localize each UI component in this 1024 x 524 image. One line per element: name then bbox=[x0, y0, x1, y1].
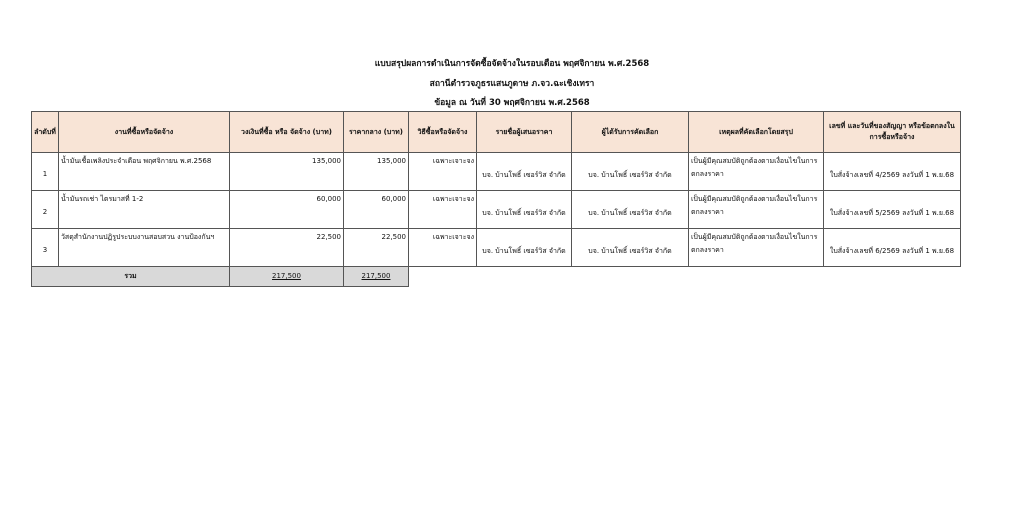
document-title: แบบสรุปผลการดำเนินการจัดซื้อจัดจ้างในรอบ… bbox=[0, 56, 1024, 70]
row-selected: บจ. บ้านโพธิ์ เซอร์วิส จำกัด bbox=[572, 191, 689, 229]
row-bidders: บจ. บ้านโพธิ์ เซอร์วิส จำกัด bbox=[477, 191, 572, 229]
row-method: เฉพาะเจาะจง bbox=[409, 153, 477, 191]
row-contract: ใบสั่งจ้างเลขที่ 5/2569 ลงวันที่ 1 พ.ย.6… bbox=[824, 191, 961, 229]
total-row: รวม 217,500 217,500 bbox=[32, 267, 961, 287]
row-reason: เป็นผู้มีคุณสมบัติถูกต้องตามเงื่อนไขในกา… bbox=[689, 191, 824, 229]
header-contract: เลขที่ และวันที่ของสัญญา หรือข้อตกลงในกา… bbox=[824, 112, 961, 153]
data-as-of-date: ข้อมูล ณ วันที่ 30 พฤศจิกายน พ.ศ.2568 bbox=[0, 95, 1024, 109]
row-bidders: บจ. บ้านโพธิ์ เซอร์วิส จำกัด bbox=[477, 229, 572, 267]
row-contract: ใบสั่งจ้างเลขที่ 6/2569 ลงวันที่ 1 พ.ย.6… bbox=[824, 229, 961, 267]
row-bidders: บจ. บ้านโพธิ์ เซอร์วิส จำกัด bbox=[477, 153, 572, 191]
total-blank bbox=[409, 267, 961, 287]
header-item: งานที่ซื้อหรือจัดจ้าง bbox=[59, 112, 230, 153]
total-median-price: 217,500 bbox=[344, 267, 409, 287]
total-label: รวม bbox=[32, 267, 230, 287]
total-budget: 217,500 bbox=[230, 267, 344, 287]
row-item: วัสดุสำนักงานปฏิรูประบบงานสอบสวน งานป้อง… bbox=[59, 229, 230, 267]
header-method: วิธีซื้อหรือจัดจ้าง bbox=[409, 112, 477, 153]
header-selected: ผู้ได้รับการคัดเลือก bbox=[572, 112, 689, 153]
header-reason: เหตุผลที่คัดเลือกโดยสรุป bbox=[689, 112, 824, 153]
table-row: 2น้ำมันรถเช่า ไตรมาสที่ 1-260,00060,000เ… bbox=[32, 191, 961, 229]
row-seq: 3 bbox=[32, 229, 59, 267]
row-seq: 1 bbox=[32, 153, 59, 191]
row-selected: บจ. บ้านโพธิ์ เซอร์วิส จำกัด bbox=[572, 153, 689, 191]
row-contract: ใบสั่งจ้างเลขที่ 4/2569 ลงวันที่ 1 พ.ย.6… bbox=[824, 153, 961, 191]
row-median-price: 135,000 bbox=[344, 153, 409, 191]
header-bidders: รายชื่อผู้เสนอราคา bbox=[477, 112, 572, 153]
station-name: สถานีตำรวจภูธรแสนภูดาษ ภ.จว.ฉะเชิงเทรา bbox=[0, 76, 1024, 90]
table-row: 1น้ำมันเชื้อเพลิงประจำเดือน พฤศจิกายน พ.… bbox=[32, 153, 961, 191]
row-budget: 135,000 bbox=[230, 153, 344, 191]
row-median-price: 60,000 bbox=[344, 191, 409, 229]
header-row: ลำดับที่ งานที่ซื้อหรือจัดจ้าง วงเงินที่… bbox=[32, 112, 961, 153]
row-reason: เป็นผู้มีคุณสมบัติถูกต้องตามเงื่อนไขในกา… bbox=[689, 153, 824, 191]
procurement-summary-table: ลำดับที่ งานที่ซื้อหรือจัดจ้าง วงเงินที่… bbox=[31, 111, 961, 287]
header-budget: วงเงินที่ซื้อ หรือ จัดจ้าง (บาท) bbox=[230, 112, 344, 153]
table-row: 3วัสดุสำนักงานปฏิรูประบบงานสอบสวน งานป้อ… bbox=[32, 229, 961, 267]
row-selected: บจ. บ้านโพธิ์ เซอร์วิส จำกัด bbox=[572, 229, 689, 267]
row-item: น้ำมันรถเช่า ไตรมาสที่ 1-2 bbox=[59, 191, 230, 229]
row-seq: 2 bbox=[32, 191, 59, 229]
row-item: น้ำมันเชื้อเพลิงประจำเดือน พฤศจิกายน พ.ศ… bbox=[59, 153, 230, 191]
row-budget: 60,000 bbox=[230, 191, 344, 229]
header-seq: ลำดับที่ bbox=[32, 112, 59, 153]
row-reason: เป็นผู้มีคุณสมบัติถูกต้องตามเงื่อนไขในกา… bbox=[689, 229, 824, 267]
header-median-price: ราคากลาง (บาท) bbox=[344, 112, 409, 153]
row-method: เฉพาะเจาะจง bbox=[409, 191, 477, 229]
total-budget-value: 217,500 bbox=[272, 272, 301, 280]
row-method: เฉพาะเจาะจง bbox=[409, 229, 477, 267]
row-median-price: 22,500 bbox=[344, 229, 409, 267]
row-budget: 22,500 bbox=[230, 229, 344, 267]
total-median-price-value: 217,500 bbox=[362, 272, 391, 280]
